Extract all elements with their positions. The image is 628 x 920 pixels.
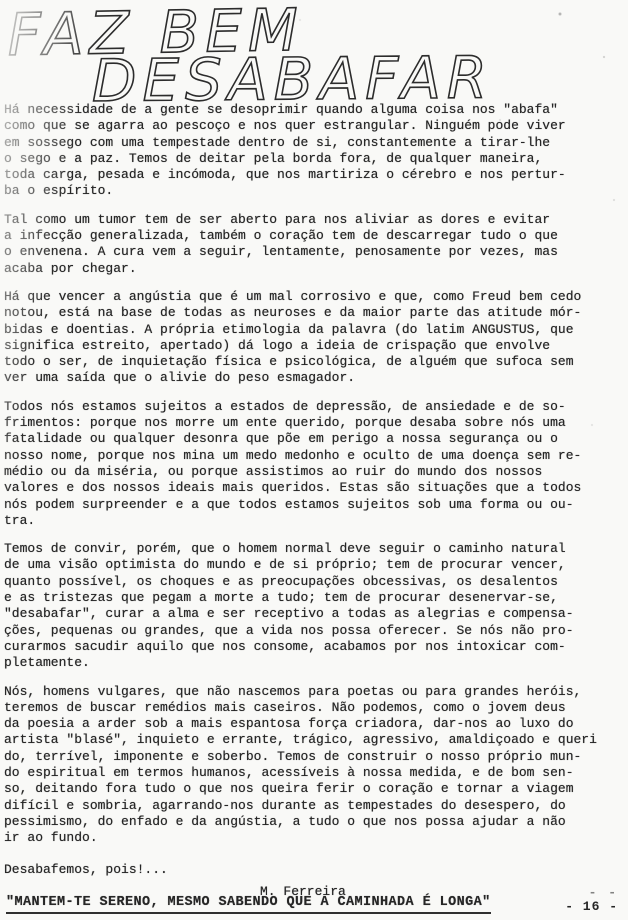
paragraph-3: Há que vencer a angústia que é um mal co… (4, 289, 624, 387)
document-body: Há necessidade de a gente se desoprimir … (0, 102, 628, 900)
closing-line: Desabafemos, pois!... (4, 862, 624, 878)
paragraph-6: Nós, homens vulgares, que não nascemos p… (4, 684, 624, 847)
page-number-ghost: - - (589, 885, 618, 900)
page-number-block: - - - 16 - (565, 886, 618, 914)
page-footer: "MANTEM-TE SERENO, MESMO SABENDO QUE A C… (6, 886, 618, 914)
footer-motto: "MANTEM-TE SERENO, MESMO SABENDO QUE A C… (6, 895, 491, 914)
paragraph-1: Há necessidade de a gente se desoprimir … (4, 102, 624, 200)
page-number: - 16 - (565, 899, 618, 914)
paragraph-2: Tal como um tumor tem de ser aberto para… (4, 212, 624, 277)
hand-drawn-title: FAZ BEM DESABAFAR (0, 0, 628, 102)
document-page: FAZ BEM DESABAFAR Há necessidade de a ge… (0, 0, 628, 920)
paragraph-5: Temos de convir, porém, que o homem norm… (4, 541, 624, 671)
paragraph-4: Todos nós estamos sujeitos a estados de … (4, 399, 624, 529)
title-line-2: DESABAFAR (92, 44, 494, 102)
